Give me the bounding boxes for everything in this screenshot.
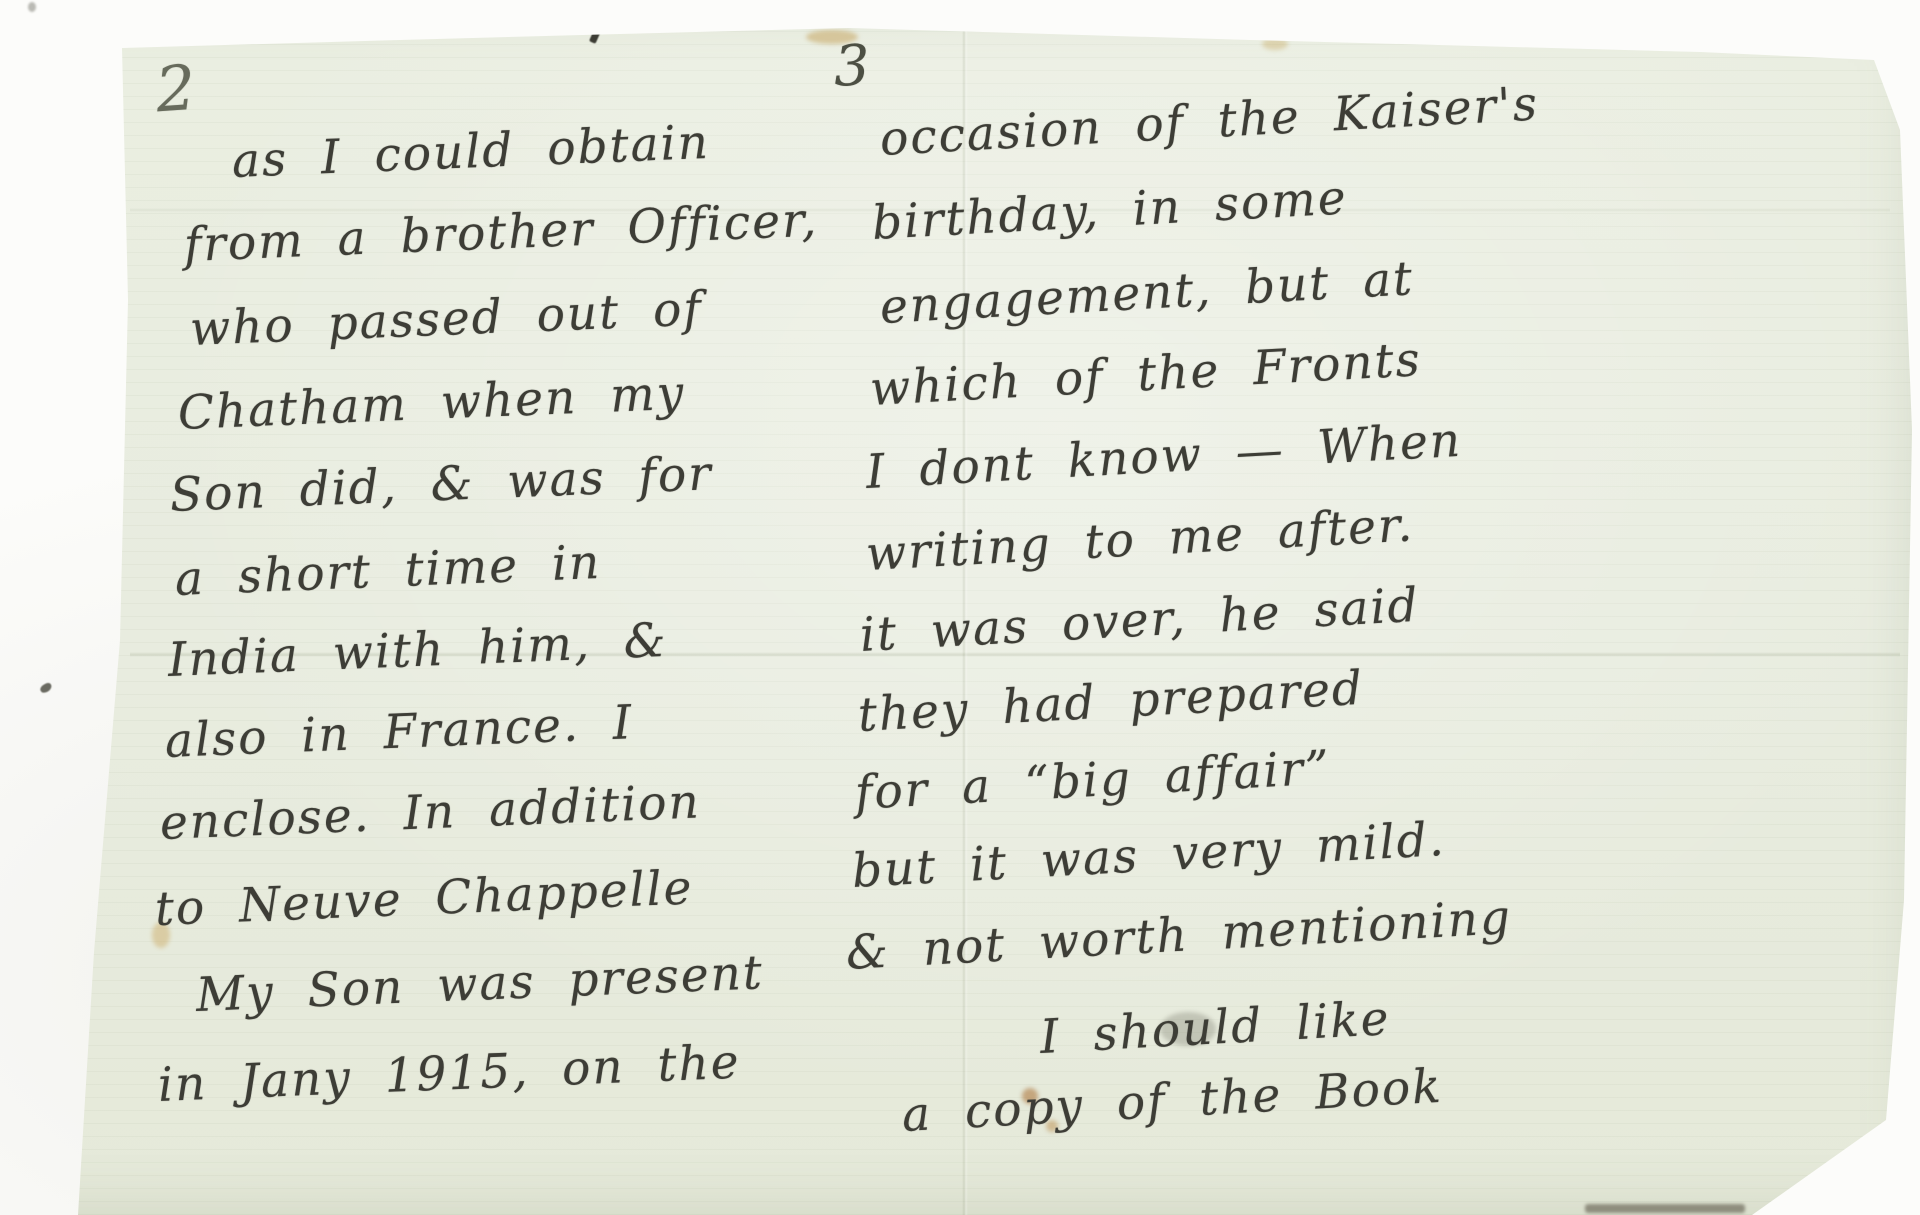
handwritten-line: My Son was present bbox=[195, 945, 765, 1023]
handwritten-line: I dont know — When bbox=[865, 413, 1464, 500]
handwritten-line: a short time in bbox=[174, 535, 602, 607]
handwritten-line: India with him, & bbox=[167, 613, 669, 688]
letter-paper-sheet: 2 as I could obtain from a brother Offic… bbox=[0, 0, 1920, 1215]
handwritten-line: engagement, but at bbox=[879, 251, 1416, 335]
handwritten-line: occasion of the Kaiser's bbox=[879, 76, 1541, 167]
handwritten-line: a copy of the Book bbox=[901, 1059, 1445, 1143]
handwritten-line: for a “big affair” bbox=[854, 740, 1333, 821]
handwritten-line: as I could obtain bbox=[231, 115, 711, 189]
handwritten-line: in Jany 1915, on the bbox=[157, 1035, 742, 1113]
handwritten-line: they had prepared bbox=[857, 661, 1366, 743]
handwritten-line: writing to me after. bbox=[865, 497, 1416, 582]
page-number: 2 bbox=[154, 51, 198, 127]
background-speck bbox=[39, 682, 53, 695]
handwritten-line: but it was very mild. bbox=[851, 812, 1447, 899]
handwritten-line: it was over, he said bbox=[859, 578, 1421, 663]
page-number: 3 bbox=[833, 33, 871, 99]
handwritten-line: Son did, & was for bbox=[169, 446, 714, 523]
top-edge-ink-mark bbox=[589, 8, 610, 44]
handwritten-line: also in France. I bbox=[164, 695, 634, 769]
handwritten-line: birthday, in some bbox=[871, 170, 1349, 251]
handwritten-line: to Neuve Chappelle bbox=[154, 860, 695, 937]
handwritten-line: enclose. In addition bbox=[159, 774, 702, 851]
handwritten-line: from a brother Officer, bbox=[183, 193, 819, 273]
background-speck bbox=[28, 2, 36, 12]
handwritten-line: Chatham when my bbox=[177, 366, 686, 441]
letter-scan: 2 as I could obtain from a brother Offic… bbox=[0, 0, 1920, 1215]
scan-edge-shadow bbox=[1585, 1204, 1745, 1213]
handwritten-line: who passed out of bbox=[189, 281, 704, 357]
paper-stain bbox=[1262, 38, 1288, 50]
handwritten-line: I should like bbox=[1039, 991, 1392, 1065]
handwritten-line: which of the Fronts bbox=[869, 332, 1423, 417]
handwritten-line: & not worth mentioning bbox=[845, 890, 1514, 981]
